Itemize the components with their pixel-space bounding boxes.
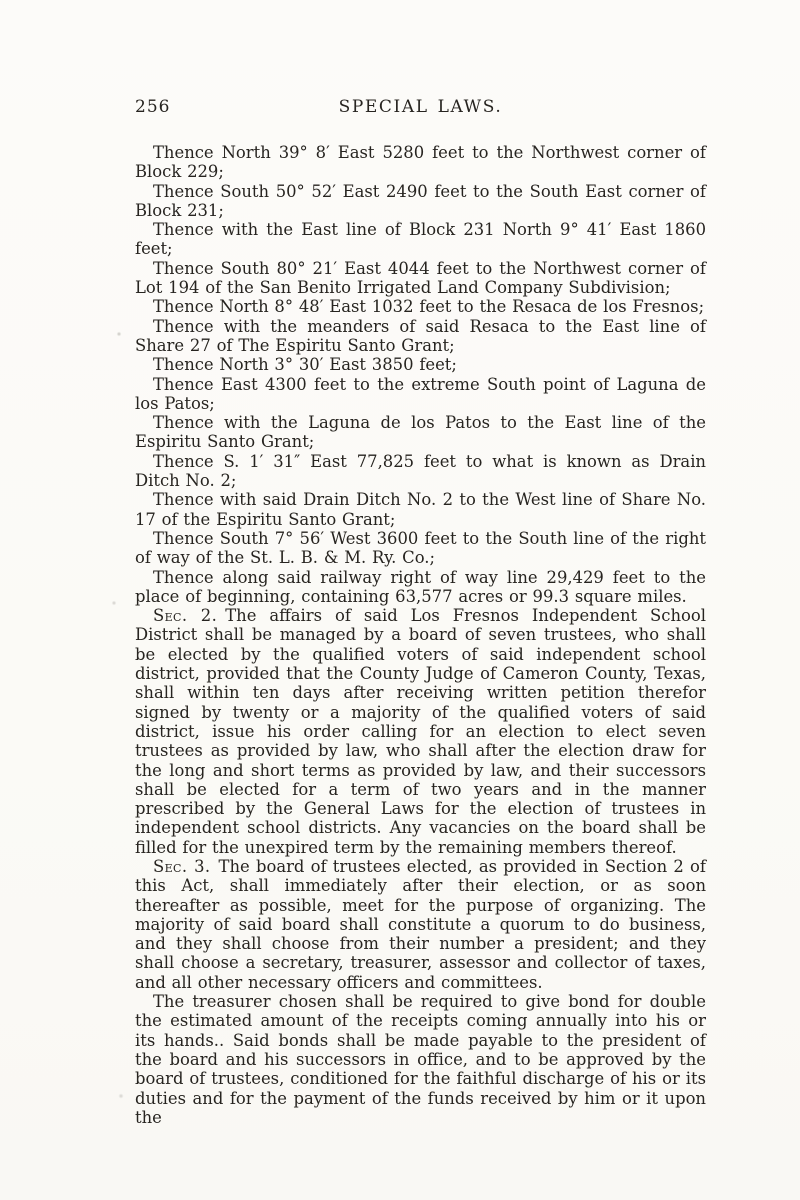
running-head: 256 SPECIAL LAWS. [135, 97, 706, 119]
paragraph: Thence with said Drain Ditch No. 2 to th… [135, 490, 706, 529]
paragraph: Thence North 8° 48′ East 1032 feet to th… [135, 297, 706, 316]
paragraph: Thence with the meanders of said Resaca … [135, 317, 706, 356]
scanned-book-page: 256 SPECIAL LAWS. Thence North 39° 8′ Ea… [0, 0, 800, 1200]
running-title: SPECIAL LAWS. [135, 97, 706, 117]
paragraph: Thence South 50° 52′ East 2490 feet to t… [135, 182, 706, 221]
paragraph: Thence S. 1′ 31″ East 77,825 feet to wha… [135, 452, 706, 491]
paragraph: Sec. 3.The board of trustees elected, as… [135, 857, 706, 992]
section-label: Sec. 3. [153, 857, 211, 876]
paragraph: Thence North 3° 30′ East 3850 feet; [135, 355, 706, 374]
paragraph: Thence South 80° 21′ East 4044 feet to t… [135, 259, 706, 298]
paragraph: Thence North 39° 8′ East 5280 feet to th… [135, 143, 706, 182]
paragraph: The treasurer chosen shall be required t… [135, 992, 706, 1127]
document-text-block: Thence North 39° 8′ East 5280 feet to th… [135, 143, 706, 1127]
paragraph: Thence South 7° 56′ West 3600 feet to th… [135, 529, 706, 568]
paragraph: Thence along said railway right of way l… [135, 568, 706, 607]
paragraph: Thence with the East line of Block 231 N… [135, 220, 706, 259]
paragraph: Sec. 2.The affairs of said Los Fresnos I… [135, 606, 706, 857]
paragraph: Thence East 4300 feet to the extreme Sou… [135, 375, 706, 414]
paragraph: Thence with the Laguna de los Patos to t… [135, 413, 706, 452]
page-number: 256 [135, 97, 170, 117]
section-label: Sec. 2. [153, 606, 217, 625]
